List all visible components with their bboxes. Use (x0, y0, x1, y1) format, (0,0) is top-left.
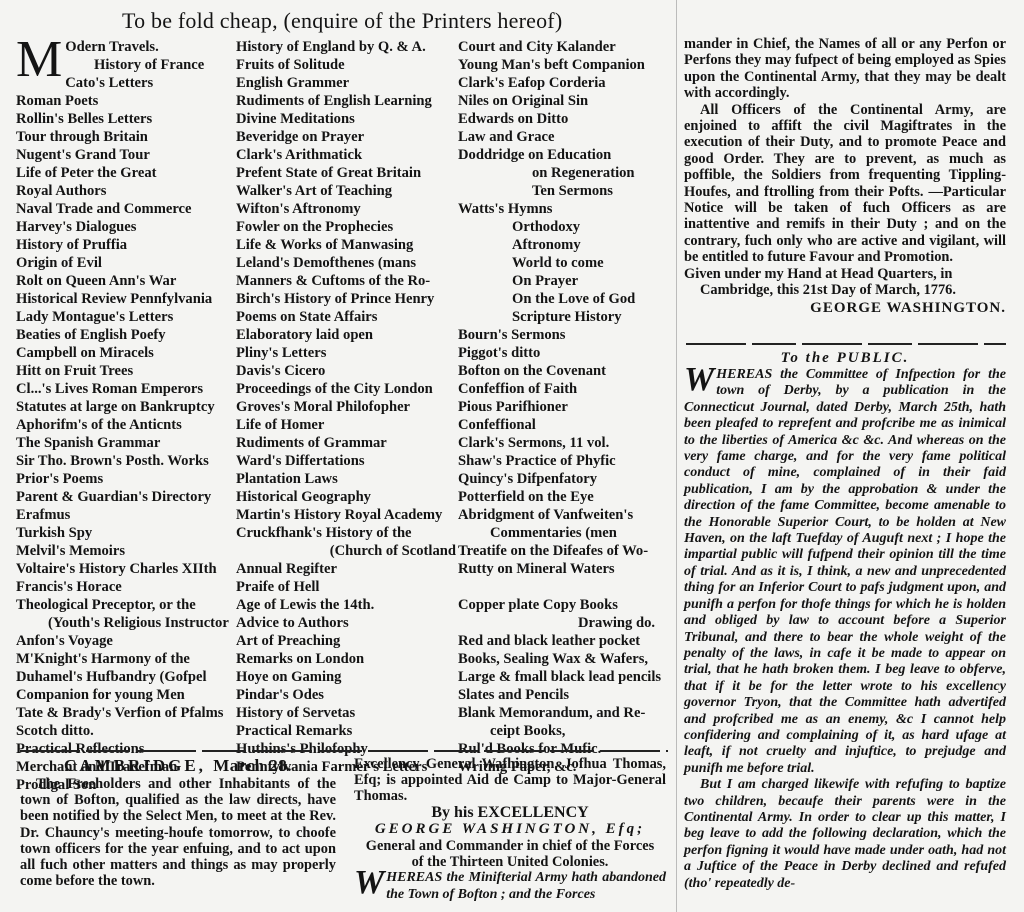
column-rule (676, 0, 677, 912)
book-list-item: Sir Tho. Brown's Posth. Works (16, 452, 234, 470)
book-list-item: Ten Sermons (458, 182, 670, 200)
book-list-item: Age of Lewis the 14th. (236, 596, 456, 614)
book-list-item: Large & fmall black lead pencils (458, 668, 670, 686)
book-list-item: Rollin's Belles Letters (16, 110, 234, 128)
book-list-item: Shaw's Practice of Phyfic (458, 452, 670, 470)
book-list-item: World to come (458, 254, 670, 272)
proclamation-title-2: of the Thirteen United Colonies. (354, 854, 666, 870)
book-list-item: Clark's Arithmatick (236, 146, 456, 164)
book-list-item: Pliny's Letters (236, 344, 456, 362)
newspaper-page: To be fold cheap, (enquire of the Printe… (0, 0, 1024, 912)
public-notice-paragraph-2: But I am charged likewife with refufing … (684, 777, 1006, 892)
book-list-item: Ward's Differtations (236, 452, 456, 470)
bottom-divider (20, 750, 668, 752)
book-list-item: Elaboratory laid open (236, 326, 456, 344)
book-list-item: English Grammer (236, 74, 456, 92)
book-list-item: Historical Review Pennfylvania (16, 290, 234, 308)
book-list-item: Beveridge on Prayer (236, 128, 456, 146)
book-list-item: Manners & Cuftoms of the Ro- (236, 272, 456, 290)
book-list-item: Parent & Guardian's Directory (16, 488, 234, 506)
book-list-item: Potterfield on the Eye (458, 488, 670, 506)
book-list-item: (Church of Scotland (236, 542, 456, 560)
book-list-item: Young Man's beft Companion (458, 56, 670, 74)
book-list-item: (Youth's Religious Instructor (16, 614, 234, 632)
book-list-item: Voltaire's History Charles XIIth (16, 560, 234, 578)
book-list-item: Scotch ditto. (16, 722, 234, 740)
book-list-item: Groves's Moral Philofopher (236, 398, 456, 416)
book-list-item: Fowler on the Prophecies (236, 218, 456, 236)
book-list-item: Aftronomy (458, 236, 670, 254)
appointment-section: Excellency General Wafhington. Jofhua Th… (354, 756, 666, 903)
book-list-column-2: History of England by Q. & A.Fruits of S… (236, 38, 456, 776)
book-list-item: Companion for young Men (16, 686, 234, 704)
orders-paragraph-2: All Officers of the Continental Army, ar… (684, 102, 1006, 266)
book-list-item: Bourn's Sermons (458, 326, 670, 344)
book-list-item: Royal Authors (16, 182, 234, 200)
book-list-item: Campbell on Miracels (16, 344, 234, 362)
book-list-item: Rolt on Queen Ann's War (16, 272, 234, 290)
book-list-item: Divine Meditations (236, 110, 456, 128)
book-list-item: Harvey's Dialogues (16, 218, 234, 236)
book-list-item: Martin's History Royal Academy (236, 506, 456, 524)
book-list-item: Turkish Spy (16, 524, 234, 542)
book-list-item: History of Pruffia (16, 236, 234, 254)
book-list-item: Rudiments of Grammar (236, 434, 456, 452)
book-list-column-3: Court and City KalanderYoung Man's beft … (458, 38, 670, 776)
book-list-item: Quincy's Difpenfatory (458, 470, 670, 488)
book-list-item: Aphorifm's of the Anticnts (16, 416, 234, 434)
book-list-item: Tour through Britain (16, 128, 234, 146)
book-list-item: Life of Homer (236, 416, 456, 434)
book-list-item: Origin of Evil (16, 254, 234, 272)
orders-paragraph-1: mander in Chief, the Names of all or any… (684, 36, 1006, 102)
book-list-item: Confeffional (458, 416, 670, 434)
orders-given-line: Given under my Hand at Head Quarters, in (684, 266, 1006, 282)
book-list-item: Prefent State of Great Britain (236, 164, 456, 182)
book-list-item: On the Love of God (458, 290, 670, 308)
book-list-item: ceipt Books, (458, 722, 670, 740)
book-list-item: Naval Trade and Commerce (16, 200, 234, 218)
book-list-item: Clark's Eafop Corderia (458, 74, 670, 92)
book-list-item: Bofton on the Covenant (458, 362, 670, 380)
book-list-item: Roman Poets (16, 92, 234, 110)
book-list-item: Birch's History of Prince Henry (236, 290, 456, 308)
book-list-item: Fruits of Solitude (236, 56, 456, 74)
public-notice-paragraph-1: WHEREAS the Committee of Infpection for … (684, 367, 1006, 777)
proclamation-whereas: WHEREAS the Minifterial Army hath abando… (354, 870, 666, 903)
book-list-item: Beaties of English Poefy (16, 326, 234, 344)
book-list-item: Pindar's Odes (236, 686, 456, 704)
book-list-item: Doddridge on Education (458, 146, 670, 164)
book-list-item: Cl...'s Lives Roman Emperors (16, 380, 234, 398)
book-list-item: Theological Preceptor, or the (16, 596, 234, 614)
appointment-paragraph: Excellency General Wafhington. Jofhua Th… (354, 756, 666, 805)
book-list-item: on Regeneration (458, 164, 670, 182)
book-list-item: The Spanish Grammar (16, 434, 234, 452)
book-list-item: Francis's Horace (16, 578, 234, 596)
book-list-item: Rudiments of English Learning (236, 92, 456, 110)
book-list-item: Art of Preaching (236, 632, 456, 650)
book-list-item: Walker's Art of Teaching (236, 182, 456, 200)
book-list-item: Abridgment of Vanfweiten's (458, 506, 670, 524)
book-list-item: Pious Parifhioner (458, 398, 670, 416)
orders-signature: GEORGE WASHINGTON. (684, 299, 1006, 317)
book-list-item: Red and black leather pocket (458, 632, 670, 650)
advertisement-title: To be fold cheap, (enquire of the Printe… (122, 8, 682, 34)
whereas-dropcap: W (354, 870, 384, 896)
book-list-item: Annual Regifter (236, 560, 456, 578)
book-list-item: Clark's Sermons, 11 vol. (458, 434, 670, 452)
book-list-item: Edwards on Ditto (458, 110, 670, 128)
book-list-item: M'Knight's Harmony of the (16, 650, 234, 668)
book-list-item: Historical Geography (236, 488, 456, 506)
book-list-item: Erafmus (16, 506, 234, 524)
book-list-item: Nugent's Grand Tour (16, 146, 234, 164)
book-list-item: Drawing do. (458, 614, 670, 632)
book-list-item: Anfon's Voyage (16, 632, 234, 650)
book-list-item: Law and Grace (458, 128, 670, 146)
book-list-item: Rutty on Mineral Waters (458, 560, 670, 578)
book-list-item: Poems on State Affairs (236, 308, 456, 326)
book-list-item: Praife of Hell (236, 578, 456, 596)
book-list-item: Blank Memorandum, and Re- (458, 704, 670, 722)
book-list-item: Scripture History (458, 308, 670, 326)
book-list-item: History of England by Q. & A. (236, 38, 456, 56)
book-list-item: Practical Remarks (236, 722, 456, 740)
orders-date-line: Cambridge, this 21st Day of March, 1776. (684, 282, 1006, 298)
book-list-item: Leland's Demofthenes (mans (236, 254, 456, 272)
proclamation-by: By his EXCELLENCY (354, 805, 666, 821)
public-notice-heading: To the PUBLIC. (684, 350, 1006, 367)
book-list-item: Life & Works of Manwasing (236, 236, 456, 254)
book-list-item: Hoye on Gaming (236, 668, 456, 686)
book-list-item: Lady Montague's Letters (16, 308, 234, 326)
public-notice: To the PUBLIC. WHEREAS the Committee of … (684, 350, 1006, 892)
book-list-item: Remarks on London (236, 650, 456, 668)
book-list-item: Statutes at large on Bankruptcy (16, 398, 234, 416)
book-list-item: On Prayer (458, 272, 670, 290)
book-list-item: Prior's Poems (16, 470, 234, 488)
proclamation-name: GEORGE WASHINGTON, Efq; (354, 821, 666, 838)
book-list-item: Davis's Cicero (236, 362, 456, 380)
book-list-item: Slates and Pencils (458, 686, 670, 704)
book-list-item: Orthodoxy (458, 218, 670, 236)
book-list-item: History of Servetas (236, 704, 456, 722)
book-list-item: Hitt on Fruit Trees (16, 362, 234, 380)
book-list-item: Niles on Original Sin (458, 92, 670, 110)
section-divider (686, 343, 1006, 345)
book-list-item: Piggot's ditto (458, 344, 670, 362)
book-list-item: Treatife on the Difeafes of Wo- (458, 542, 670, 560)
proclamation-title-1: General and Commander in chief of the Fo… (354, 838, 666, 854)
book-list-item: Wifton's Aftronomy (236, 200, 456, 218)
cambridge-news: CAMBRIDGE, March 28. The Freeholders and… (20, 756, 336, 889)
book-list-item: Plantation Laws (236, 470, 456, 488)
book-list-item: Duhamel's Hufbandry (Gofpel (16, 668, 234, 686)
book-list-item: Court and City Kalander (458, 38, 670, 56)
list-spacer (458, 578, 670, 596)
public-notice-dropcap: W (684, 367, 714, 393)
cambridge-dateline: CAMBRIDGE, March 28. (20, 756, 336, 776)
book-list-item: Proceedings of the City London (236, 380, 456, 398)
advertisement-dropcap: M (16, 40, 62, 80)
book-list-item: Confeffion of Faith (458, 380, 670, 398)
book-list-item: Advice to Authors (236, 614, 456, 632)
book-list-item: Life of Peter the Great (16, 164, 234, 182)
book-list-item: Tate & Brady's Verfion of Pfalms (16, 704, 234, 722)
book-list-item: Books, Sealing Wax & Wafers, (458, 650, 670, 668)
book-list-item: Commentaries (men (458, 524, 670, 542)
book-list-item: Melvil's Memoirs (16, 542, 234, 560)
book-list-item: Cruckfhank's History of the (236, 524, 456, 542)
general-orders: mander in Chief, the Names of all or any… (684, 36, 1006, 317)
book-list-item: Copper plate Copy Books (458, 596, 670, 614)
cambridge-paragraph: The Freeholders and other Inhabitants of… (20, 776, 336, 889)
book-list-item: Watts's Hymns (458, 200, 670, 218)
book-list-column-1: MOdern Travels.History of FranceCato's L… (16, 38, 234, 794)
